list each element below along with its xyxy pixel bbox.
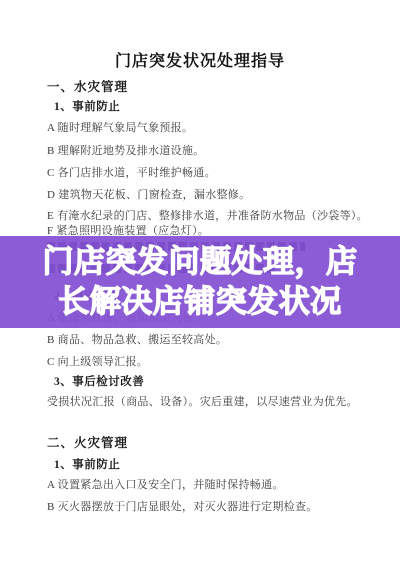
water-pre-item-c: C 各门店排水道，平时维护畅通。 <box>47 167 216 180</box>
water-pre-item-a: A 随时理解气象局气象预报。 <box>47 122 193 135</box>
water-post-text: 受损状况汇报（商品、设备）。灾后重建，以尽速营业为优先。 <box>47 396 358 409</box>
section-fire-heading: 二、火灾管理 <box>47 437 128 450</box>
water-post-subheading: 3、事后检讨改善 <box>54 376 144 389</box>
overlay-caption-line1: 门店突发问题处理，店 <box>43 244 358 279</box>
page-title: 门店突发状况处理指导 <box>0 55 400 68</box>
fire-pre-item-b: B 灭火器摆放于门店显眼处，对灭火器进行定期检查。 <box>47 501 318 514</box>
section-water-heading: 一、水灾管理 <box>47 81 128 94</box>
overlay-caption-line2: 长解决店铺突发状况 <box>58 284 342 319</box>
promo-overlay-banner: 门店突发问题处理，店 长解决店铺突发状况 <box>0 236 400 328</box>
water-pre-item-b: B 理解附近地势及排水道设施。 <box>47 145 205 158</box>
document-page: 门店突发状况处理指导 一、水灾管理 1、事前防止 A 随时理解气象局气象预报。 … <box>0 0 400 566</box>
overlay-caption: 门店突发问题处理，店 长解决店铺突发状况 <box>0 242 400 322</box>
water-pre-item-d: D 建筑物天花板、门窗检查，漏水整修。 <box>47 189 250 202</box>
water-pre-subheading: 1、事前防止 <box>54 101 120 114</box>
water-pre-item-e: E 有淹水纪录的门店、整修排水道，并准备防水物品（沙袋等）。 <box>47 210 368 223</box>
water-during-item-c: C 向上级领导汇报。 <box>47 356 148 369</box>
water-during-item-b: B 商品、物品急救、搬运至较高处。 <box>47 334 227 347</box>
fire-pre-item-a: A 设置紧急出入口及安全门，并随时保持畅通。 <box>47 479 284 492</box>
fire-pre-subheading: 1、事前防止 <box>54 459 120 472</box>
